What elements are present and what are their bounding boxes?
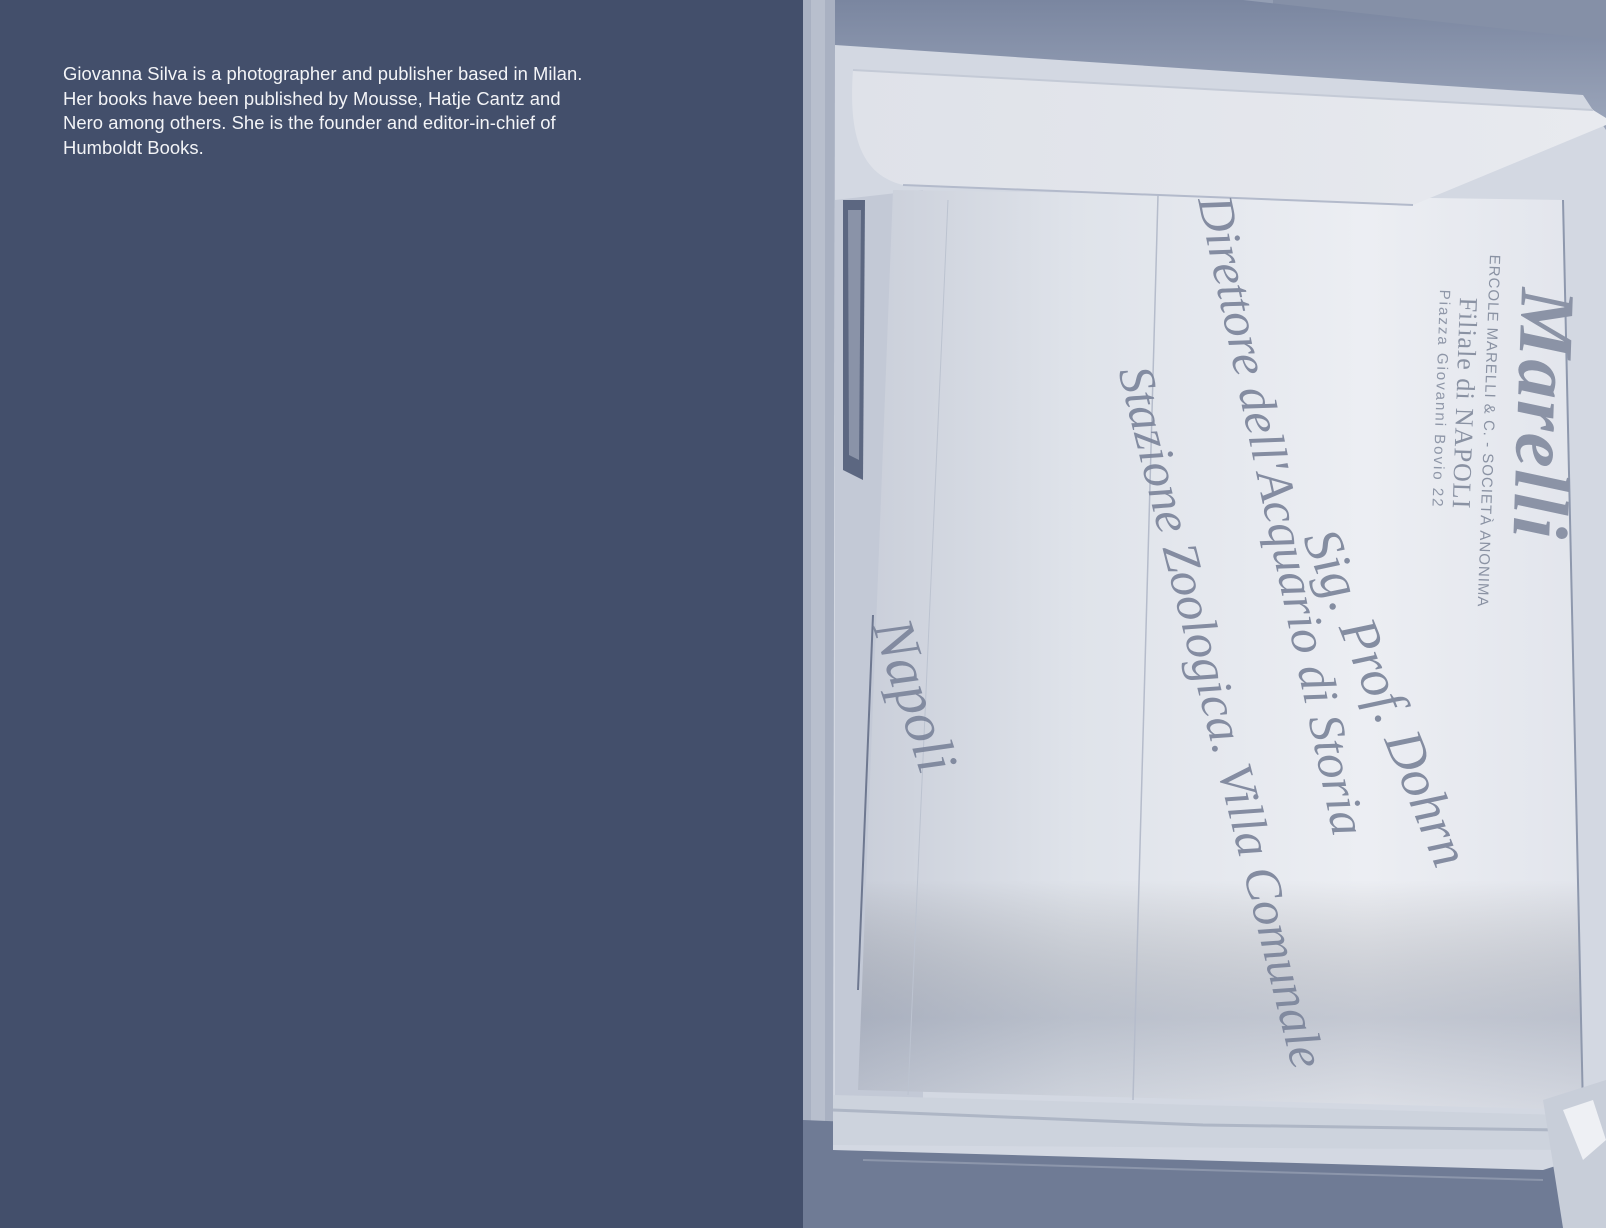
letterhead-brand: Marelli xyxy=(1494,287,1593,542)
envelope-photograph: Marelli ERCOLE MARELLI & C. - SOCIETÀ AN… xyxy=(803,0,1606,1228)
bio-paragraph: Giovanna Silva is a photographer and pub… xyxy=(63,62,583,160)
book-spread: Giovanna Silva is a photographer and pub… xyxy=(0,0,1606,1228)
left-page: Giovanna Silva is a photographer and pub… xyxy=(0,0,803,1228)
